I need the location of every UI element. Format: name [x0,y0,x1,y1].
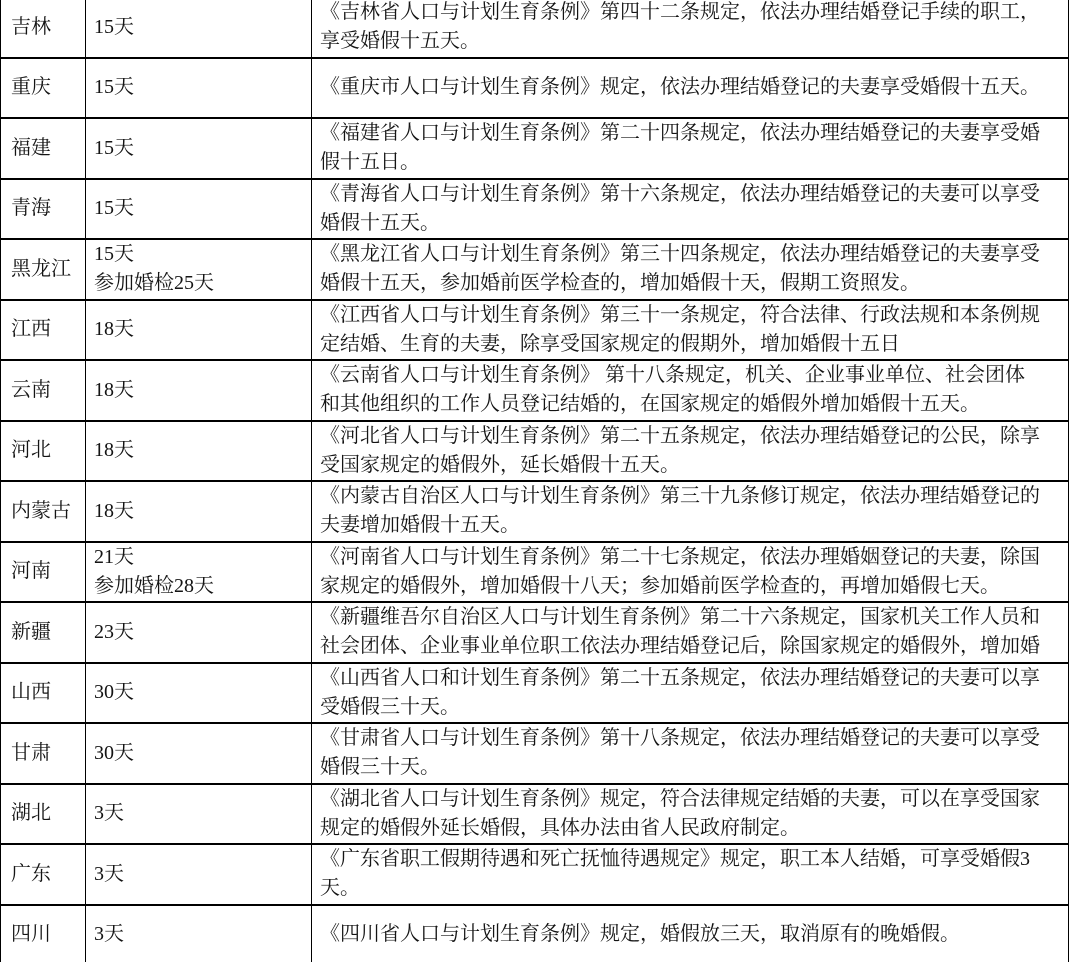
cell-regulation: 《江西省人口与计划生育条例》第三十一条规定，符合法律、行政法规和本条例规 定结婚… [312,301,1069,362]
cell-days: 18天 [86,301,312,362]
cell-days: 15天 [86,0,312,59]
cell-province: 吉林 [0,0,86,59]
cell-province: 湖北 [0,785,86,846]
cell-regulation: 《黑龙江省人口与计划生育条例》第三十四条规定，依法办理结婚登记的夫妻享受 婚假十… [312,240,1069,301]
cell-regulation: 《吉林省人口与计划生育条例》第四十二条规定，依法办理结婚登记手续的职工， 享受婚… [312,0,1069,59]
cell-regulation: 《青海省人口与计划生育条例》第十六条规定，依法办理结婚登记的夫妻可以享受 婚假十… [312,180,1069,241]
cell-province: 山西 [0,664,86,725]
cell-days: 3天 [86,785,312,846]
cell-province: 重庆 [0,59,86,120]
cell-days: 15天 [86,119,312,180]
cell-days: 23天 [86,603,312,664]
provinces-table: 吉林15天《吉林省人口与计划生育条例》第四十二条规定，依法办理结婚登记手续的职工… [0,0,1069,962]
cell-province: 江西 [0,301,86,362]
cell-days: 15天 参加婚检25天 [86,240,312,301]
cell-province: 内蒙古 [0,482,86,543]
cell-regulation: 《新疆维吾尔自治区人口与计划生育条例》第二十六条规定，国家机关工作人员和 社会团… [312,603,1069,664]
cell-province: 黑龙江 [0,240,86,301]
cell-province: 四川 [0,906,86,962]
cell-regulation: 《内蒙古自治区人口与计划生育条例》第三十九条修订规定，依法办理结婚登记的 夫妻增… [312,482,1069,543]
cell-days: 18天 [86,361,312,422]
cell-regulation: 《四川省人口与计划生育条例》规定，婚假放三天，取消原有的晚婚假。 [312,906,1069,962]
cell-regulation: 《河南省人口与计划生育条例》第二十七条规定，依法办理婚姻登记的夫妻，除国 家规定… [312,543,1069,604]
cell-regulation: 《广东省职工假期待遇和死亡抚恤待遇规定》规定，职工本人结婚，可享受婚假3 天。 [312,845,1069,906]
cell-province: 福建 [0,119,86,180]
cell-days: 15天 [86,59,312,120]
cell-days: 21天 参加婚检28天 [86,543,312,604]
marriage-leave-document: 吉林15天《吉林省人口与计划生育条例》第四十二条规定，依法办理结婚登记手续的职工… [0,0,1069,962]
cell-days: 15天 [86,180,312,241]
cell-days: 3天 [86,906,312,962]
cell-province: 新疆 [0,603,86,664]
cell-days: 18天 [86,422,312,483]
cell-regulation: 《河北省人口与计划生育条例》第二十五条规定，依法办理结婚登记的公民，除享 受国家… [312,422,1069,483]
cell-province: 广东 [0,845,86,906]
cell-regulation: 《甘肃省人口与计划生育条例》第十八条规定，依法办理结婚登记的夫妻可以享受 婚假三… [312,724,1069,785]
cell-province: 云南 [0,361,86,422]
cell-days: 18天 [86,482,312,543]
cell-regulation: 《山西省人口和计划生育条例》第二十五条规定，依法办理结婚登记的夫妻可以享 受婚假… [312,664,1069,725]
cell-regulation: 《云南省人口与计划生育条例》 第十八条规定，机关、企业事业单位、社会团体 和其他… [312,361,1069,422]
cell-regulation: 《湖北省人口与计划生育条例》规定，符合法律规定结婚的夫妻，可以在享受国家 规定的… [312,785,1069,846]
cell-days: 30天 [86,724,312,785]
cell-province: 河南 [0,543,86,604]
cell-regulation: 《重庆市人口与计划生育条例》规定，依法办理结婚登记的夫妻享受婚假十五天。 [312,59,1069,120]
cell-province: 甘肃 [0,724,86,785]
cell-regulation: 《福建省人口与计划生育条例》第二十四条规定，依法办理结婚登记的夫妻享受婚 假十五… [312,119,1069,180]
cell-days: 3天 [86,845,312,906]
cell-province: 青海 [0,180,86,241]
cell-province: 河北 [0,422,86,483]
cell-days: 30天 [86,664,312,725]
